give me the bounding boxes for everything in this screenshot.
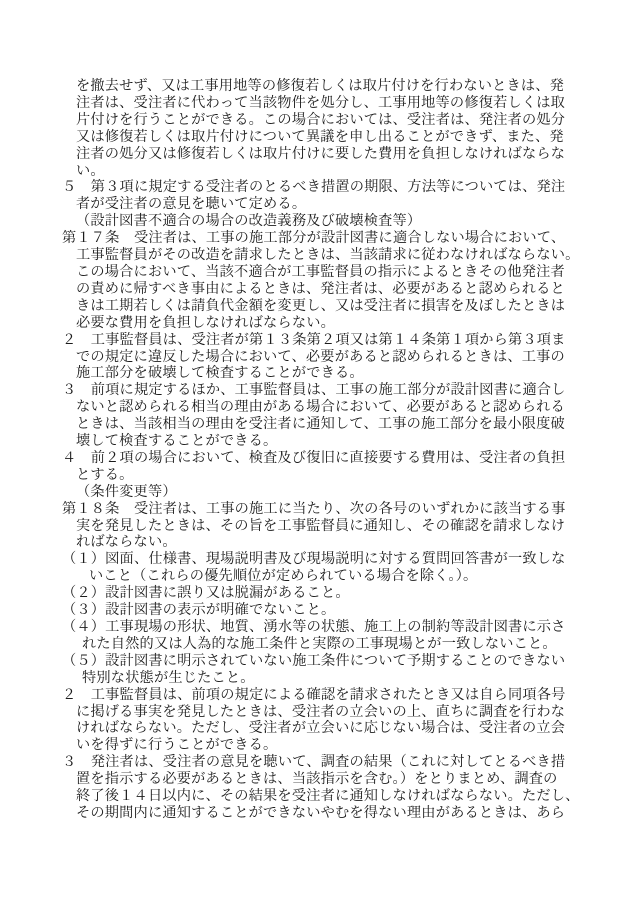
document-line: に掲げる事実を発見したときは、受注者の立会いの上、直ちに調査を行わな — [62, 704, 572, 721]
document-line: ときは、当該相当の理由を受注者に通知して、工事の施工部分を最小限度破 — [62, 416, 572, 433]
document-line: 第１７条 受注者は、工事の施工部分が設計図書に適合しない場合において、 — [62, 230, 572, 247]
document-line: れた自然的又は人為的な施工条件と実際の工事現場とが一致しないこと。 — [62, 636, 572, 653]
document-line: この場合において、当該不適合が工事監督員の指示によるときその他発注者 — [62, 264, 572, 281]
document-line: いこと（これらの優先順位が定められている場合を除く。）。 — [62, 568, 572, 585]
document-line: での規定に違反した場合において、必要があると認められるときは、工事の — [62, 349, 572, 366]
document-line: （５）設計図書に明示されていない施工条件について予期することのできない — [62, 653, 572, 670]
document-line: とする。 — [62, 467, 572, 484]
document-line: その期間内に通知することができないやむを得ない理由があるときは、あら — [62, 805, 572, 822]
document-line: 施工部分を破壊して検査することができる。 — [62, 365, 572, 382]
document-line: ３ 発注者は、受注者の意見を聴いて、調査の結果（これに対してとるべき措 — [62, 754, 572, 771]
document-line: 実を発見したときは、その旨を工事監督員に通知し、その確認を請求しなけ — [62, 518, 572, 535]
document-line: ３ 前項に規定するほか、工事監督員は、工事の施工部分が設計図書に適合し — [62, 382, 572, 399]
document-line: ないと認められる相当の理由がある場合において、必要があると認められる — [62, 399, 572, 416]
document-line: 片付けを行うことができる。この場合においては、受注者は、発注者の処分 — [62, 112, 572, 129]
document-line: 注者は、受注者に代わって当該物件を処分し、工事用地等の修復若しくは取 — [62, 95, 572, 112]
document-line: ２ 工事監督員は、前項の規定による確認を請求されたとき又は自ら同項各号 — [62, 687, 572, 704]
document-line: ５ 第３項に規定する受注者のとるべき措置の期限、方法等については、発注 — [62, 179, 572, 196]
document-line: ればならない。 — [62, 534, 572, 551]
document-body: を撤去せず、又は工事用地等の修復若しくは取片付けを行わないときは、発注者は、受注… — [62, 78, 572, 822]
document-line: ければならない。ただし、受注者が立会いに応じない場合は、受注者の立会 — [62, 720, 572, 737]
document-line: （設計図書不適合の場合の改造義務及び破壊検査等） — [62, 213, 572, 230]
document-line: いを得ずに行うことができる。 — [62, 737, 572, 754]
document-line: 工事監督員がその改造を請求したときは、当該請求に従わなければならない。 — [62, 247, 572, 264]
document-line: きは工期若しくは請負代金額を変更し、又は受注者に損害を及ぼしたときは — [62, 298, 572, 315]
document-line: 特別な状態が生じたこと。 — [62, 670, 572, 687]
document-line: の責めに帰すべき事由によるときは、発注者は、必要があると認められると — [62, 281, 572, 298]
document-line: 者が受注者の意見を聴いて定める。 — [62, 196, 572, 213]
document-line: 又は修復若しくは取片付けについて異議を申し出ることができず、また、発 — [62, 129, 572, 146]
document-line: を撤去せず、又は工事用地等の修復若しくは取片付けを行わないときは、発 — [62, 78, 572, 95]
document-line: 第１８条 受注者は、工事の施工に当たり、次の各号のいずれかに該当する事 — [62, 501, 572, 518]
document-line: 壊して検査することができる。 — [62, 433, 572, 450]
document-line: （１）図面、仕様書、現場説明書及び現場説明に対する質問回答書が一致しな — [62, 551, 572, 568]
document-page: を撤去せず、又は工事用地等の修復若しくは取片付けを行わないときは、発注者は、受注… — [0, 0, 630, 903]
document-line: （４）工事現場の形状、地質、湧水等の状態、施工上の制約等設計図書に示さ — [62, 619, 572, 636]
document-line: 必要な費用を負担しなければならない。 — [62, 315, 572, 332]
document-line: 終了後１４日以内に、その結果を受注者に通知しなければならない。ただし、 — [62, 788, 572, 805]
document-line: 置を指示する必要があるときは、当該指示を含む。）をとりまとめ、調査の — [62, 771, 572, 788]
document-line: ２ 工事監督員は、受注者が第１３条第２項又は第１４条第１項から第３項ま — [62, 332, 572, 349]
document-line: （条件変更等） — [62, 484, 572, 501]
document-line: （２）設計図書に誤り又は脱漏があること。 — [62, 585, 572, 602]
document-line: 注者の処分又は修復若しくは取片付けに要した費用を負担しなければならな — [62, 146, 572, 163]
document-line: ４ 前２項の場合において、検査及び復旧に直接要する費用は、受注者の負担 — [62, 450, 572, 467]
document-line: （３）設計図書の表示が明確でないこと。 — [62, 602, 572, 619]
document-line: い。 — [62, 163, 572, 180]
